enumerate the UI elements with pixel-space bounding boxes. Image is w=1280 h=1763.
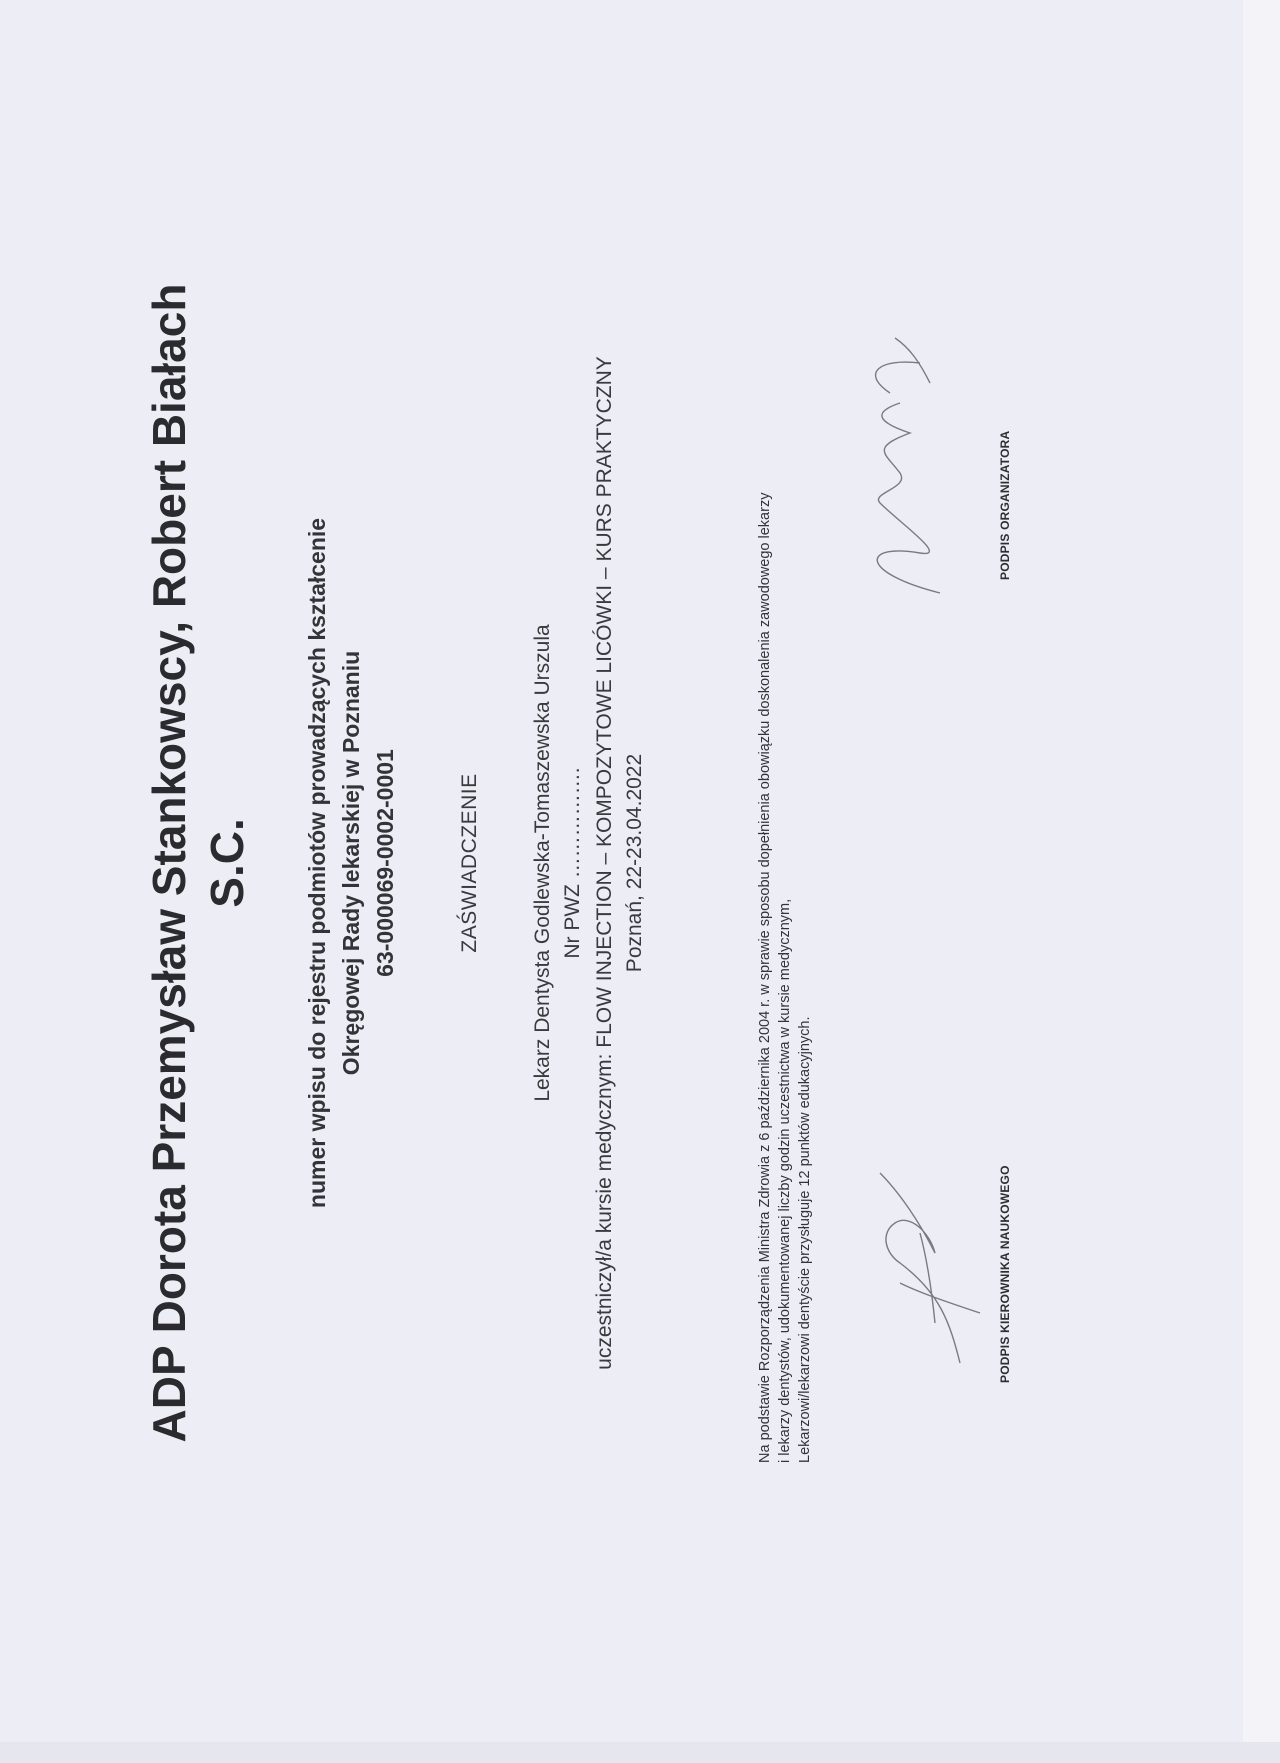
course-place-date: Poznań, 22-23.04.2022: [620, 163, 650, 1563]
registry-line-2: Okręgowej Rady lekarskiej w Poznaniu: [334, 163, 368, 1563]
registry-number: 63-000069-0002-0001: [368, 163, 402, 1563]
recipient-block: Lekarz Dentysta Godlewska-Tomaszewska Ur…: [528, 163, 588, 1563]
organizer-signature-label: PODPIS ORGANIZATORA: [998, 431, 1012, 580]
footer-line-1: Na podstawie Rozporządzenia Ministra Zdr…: [755, 363, 775, 1463]
legal-footer: Na podstawie Rozporządzenia Ministra Zdr…: [755, 363, 815, 1463]
certificate-heading: ZAŚWIADCZENIE: [458, 163, 482, 1563]
course-name: uczestniczył/a kursie medycznym: FLOW IN…: [590, 163, 620, 1563]
footer-line-3: Lekarzowi/lekarzowi dentyście przysługuj…: [795, 363, 815, 1463]
registry-block: numer wpisu do rejestru podmiotów prowad…: [300, 163, 402, 1563]
scientific-director-signature-label: PODPIS KIEROWNIKA NAUKOWEGO: [998, 1165, 1012, 1383]
organizer-name: ADP Dorota Przemysław Stankowscy, Robert…: [143, 284, 195, 1443]
recipient-name: Lekarz Dentysta Godlewska-Tomaszewska Ur…: [528, 163, 558, 1563]
footer-line-2: i lekarzy dentystów, udokumentowanej lic…: [775, 363, 795, 1463]
organizer-suffix: S.C.: [198, 163, 256, 1563]
registry-line-1: numer wpisu do rejestru podmiotów prowad…: [300, 163, 334, 1563]
course-block: uczestniczył/a kursie medycznym: FLOW IN…: [590, 163, 650, 1563]
organizer-title: ADP Dorota Przemysław Stankowscy, Robert…: [140, 163, 256, 1563]
scan-margin: [1243, 0, 1280, 1763]
certificate-page: ADP Dorota Przemysław Stankowscy, Robert…: [0, 0, 1243, 1763]
recipient-pwz: Nr PWZ …………….: [558, 163, 588, 1563]
organizer-signature: [840, 333, 970, 613]
scientific-director-signature: [840, 1143, 1000, 1383]
